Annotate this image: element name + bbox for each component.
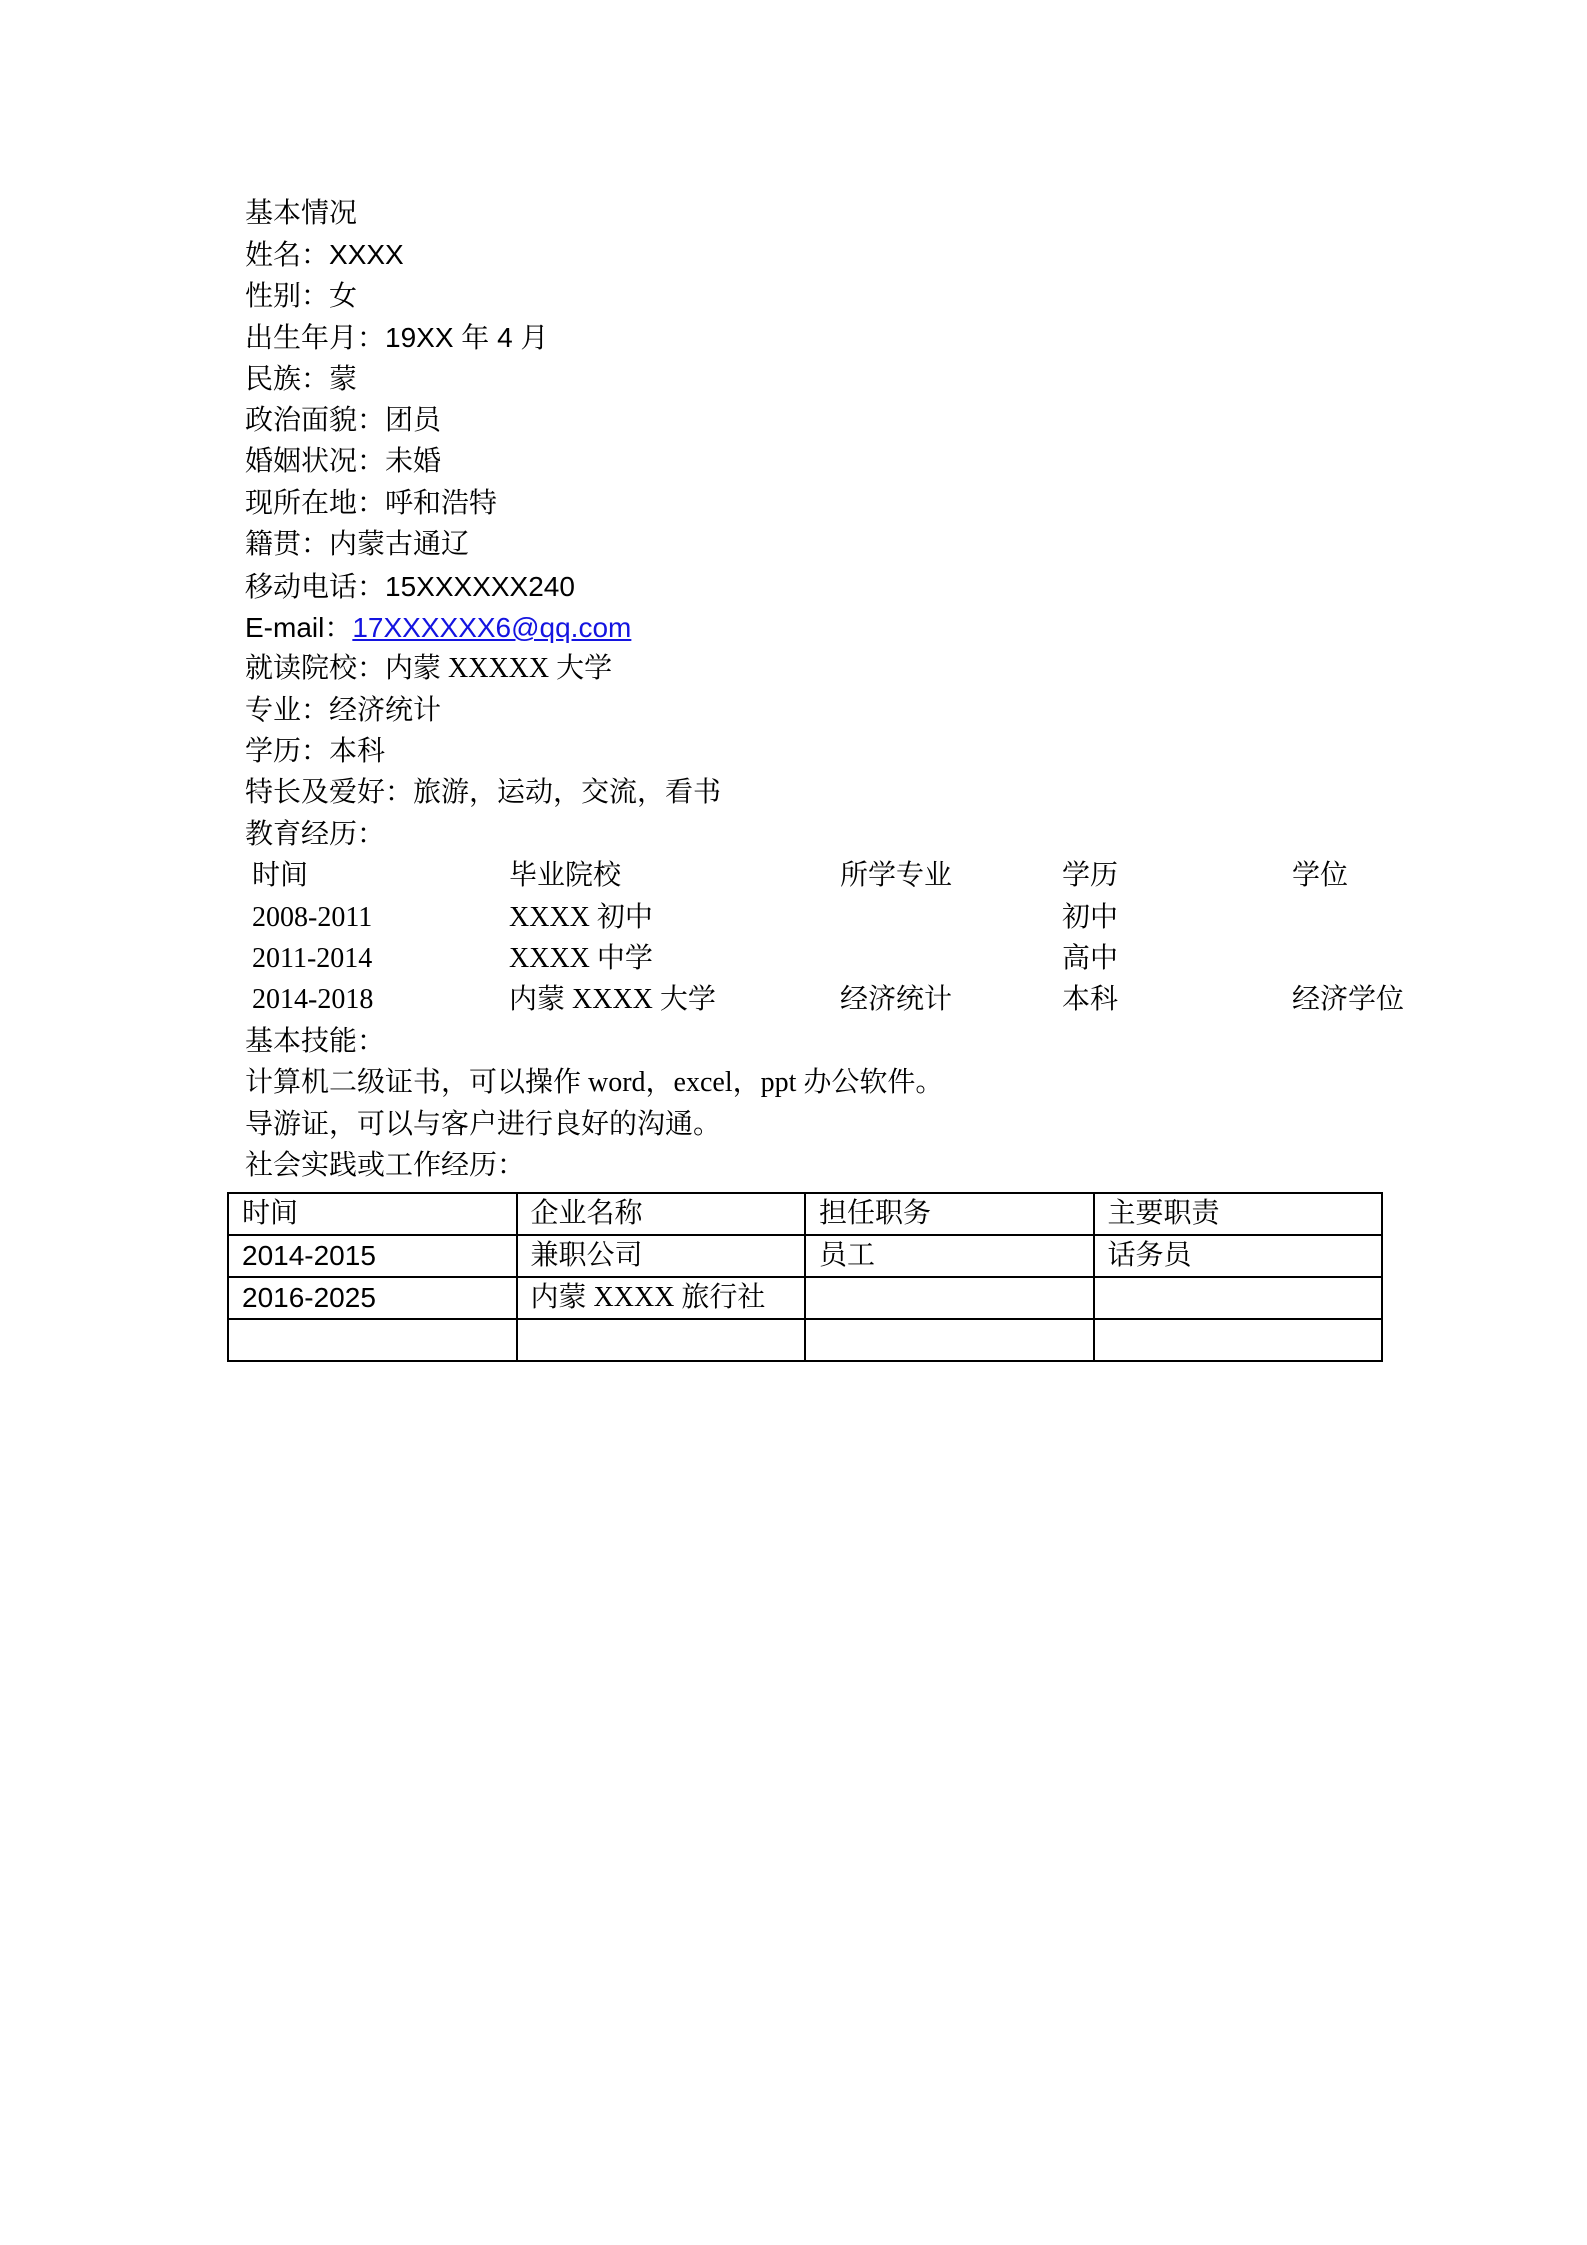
field-degree-value: 本科	[329, 736, 385, 767]
work-cell-company	[517, 1319, 806, 1361]
field-birth-label: 出生年月：	[245, 323, 385, 354]
education-cell-major	[840, 897, 1062, 938]
field-birth: 出生年月：19XX 年 4 月	[245, 317, 1404, 358]
work-row: 2014-2015 兼职公司 员工 话务员	[228, 1235, 1382, 1277]
field-political-status: 政治面貌：团员	[245, 400, 1404, 441]
education-cell-diploma	[1292, 938, 1404, 979]
field-name-value: XXXX	[329, 239, 404, 270]
work-header-time: 时间	[228, 1193, 517, 1235]
field-ethnicity: 民族：蒙	[245, 359, 1404, 400]
field-marital-status-label: 婚姻状况：	[245, 446, 385, 477]
work-header-row: 时间 企业名称 担任职务 主要职责	[228, 1193, 1382, 1235]
field-ethnicity-label: 民族：	[245, 364, 329, 395]
field-name: 姓名：XXXX	[245, 234, 1404, 275]
education-heading: 教育经历：	[245, 814, 1404, 855]
field-hobbies-label: 特长及爱好：	[245, 777, 413, 808]
field-school-value: 内蒙 XXXXX 大学	[385, 653, 612, 684]
education-cell-degree: 初中	[1062, 897, 1292, 938]
work-cell-position: 员工	[805, 1235, 1094, 1277]
field-major: 专业：经济统计	[245, 690, 1404, 731]
skill-item: 计算机二级证书，可以操作 word，excel，ppt 办公软件。	[245, 1062, 1404, 1103]
education-header-school: 毕业院校	[509, 855, 840, 896]
skills-heading: 基本技能：	[245, 1021, 1404, 1062]
education-cell-major	[840, 938, 1062, 979]
education-cell-time: 2014-2018	[252, 979, 509, 1020]
work-cell-time	[228, 1319, 517, 1361]
field-school: 就读院校：内蒙 XXXXX 大学	[245, 648, 1404, 689]
education-header-major: 所学专业	[840, 855, 1062, 896]
education-cell-degree: 高中	[1062, 938, 1292, 979]
education-row: 2014-2018 内蒙 XXXX 大学 经济统计 本科 经济学位	[252, 979, 1404, 1020]
education-cell-diploma	[1292, 897, 1404, 938]
education-header-diploma: 学位	[1292, 855, 1404, 896]
work-experience-table: 时间 企业名称 担任职务 主要职责 2014-2015 兼职公司 员工 话务员 …	[227, 1192, 1383, 1362]
education-cell-major: 经济统计	[840, 979, 1062, 1020]
field-degree: 学历：本科	[245, 731, 1404, 772]
education-row: 2011-2014 XXXX 中学 高中	[252, 938, 1404, 979]
field-hobbies-value: 旅游，运动，交流，看书	[413, 777, 721, 808]
email-link[interactable]: 17XXXXXX6@qq.com	[352, 612, 631, 643]
education-cell-school: XXXX 初中	[509, 897, 840, 938]
education-row: 2008-2011 XXXX 初中 初中	[252, 897, 1404, 938]
field-hobbies: 特长及爱好：旅游，运动，交流，看书	[245, 772, 1404, 813]
field-mobile-value: 15XXXXXX240	[385, 571, 575, 602]
field-mobile: 移动电话：15XXXXXX240	[245, 566, 1404, 607]
skill-item: 导游证，可以与客户进行良好的沟通。	[245, 1104, 1404, 1145]
field-political-status-value: 团员	[385, 405, 441, 436]
field-gender-value: 女	[329, 281, 357, 312]
field-marital-status: 婚姻状况：未婚	[245, 441, 1404, 482]
field-mobile-label: 移动电话：	[245, 572, 385, 603]
field-native-place-label: 籍贯：	[245, 529, 329, 560]
field-location-label: 现所在地：	[245, 488, 385, 519]
education-cell-diploma: 经济学位	[1292, 979, 1404, 1020]
education-cell-time: 2011-2014	[252, 938, 509, 979]
work-header-company: 企业名称	[517, 1193, 806, 1235]
work-cell-company: 兼职公司	[517, 1235, 806, 1277]
resume-content: 基本情况 姓名：XXXX 性别：女 出生年月：19XX 年 4 月 民族：蒙 政…	[245, 193, 1404, 1186]
work-cell-time: 2016-2025	[228, 1277, 517, 1319]
field-name-label: 姓名：	[245, 240, 329, 271]
field-school-label: 就读院校：	[245, 653, 385, 684]
education-header-row: 时间 毕业院校 所学专业 学历 学位	[252, 855, 1404, 896]
education-cell-degree: 本科	[1062, 979, 1292, 1020]
field-location-value: 呼和浩特	[385, 488, 497, 519]
education-cell-school: XXXX 中学	[509, 938, 840, 979]
resume-page: 基本情况 姓名：XXXX 性别：女 出生年月：19XX 年 4 月 民族：蒙 政…	[0, 0, 1587, 2245]
work-cell-time: 2014-2015	[228, 1235, 517, 1277]
field-email: E-mail：17XXXXXX6@qq.com	[245, 607, 1404, 648]
field-native-place: 籍贯：内蒙古通辽	[245, 524, 1404, 565]
work-cell-duty: 话务员	[1094, 1235, 1383, 1277]
education-header-time: 时间	[252, 855, 509, 896]
work-row	[228, 1319, 1382, 1361]
work-header-duty: 主要职责	[1094, 1193, 1383, 1235]
field-gender: 性别：女	[245, 276, 1404, 317]
work-header-position: 担任职务	[805, 1193, 1094, 1235]
field-major-label: 专业：	[245, 695, 329, 726]
work-row: 2016-2025 内蒙 XXXX 旅行社	[228, 1277, 1382, 1319]
work-cell-position	[805, 1277, 1094, 1319]
work-cell-position	[805, 1319, 1094, 1361]
education-header-degree: 学历	[1062, 855, 1292, 896]
field-degree-label: 学历：	[245, 736, 329, 767]
work-cell-company: 内蒙 XXXX 旅行社	[517, 1277, 806, 1319]
field-marital-status-value: 未婚	[385, 446, 441, 477]
field-native-place-value: 内蒙古通辽	[329, 529, 469, 560]
work-cell-duty	[1094, 1319, 1383, 1361]
field-ethnicity-value: 蒙	[329, 364, 357, 395]
field-gender-label: 性别：	[245, 281, 329, 312]
field-political-status-label: 政治面貌：	[245, 405, 385, 436]
field-email-label: E-mail：	[245, 612, 352, 643]
field-location: 现所在地：呼和浩特	[245, 483, 1404, 524]
work-heading: 社会实践或工作经历：	[245, 1145, 1404, 1186]
education-cell-time: 2008-2011	[252, 897, 509, 938]
field-major-value: 经济统计	[329, 695, 441, 726]
education-cell-school: 内蒙 XXXX 大学	[509, 979, 840, 1020]
work-cell-duty	[1094, 1277, 1383, 1319]
field-birth-value: 19XX 年 4 月	[385, 322, 548, 353]
basic-info-heading: 基本情况	[245, 193, 1404, 234]
